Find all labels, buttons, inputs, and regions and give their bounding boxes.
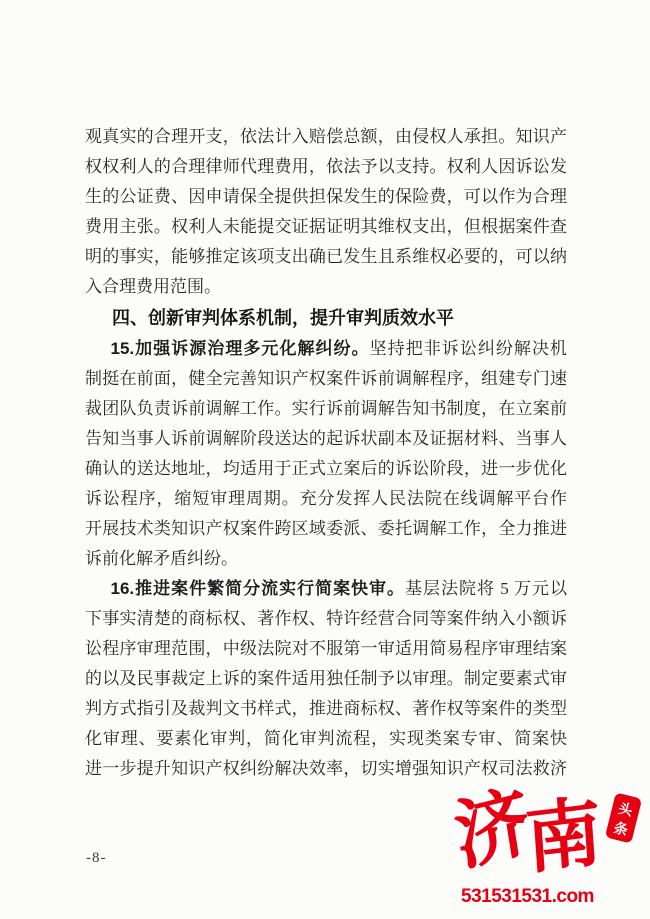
text-segment: 费用主张。权利人未能提交证据证明其维权支出，但根据案件查 — [85, 217, 567, 236]
section-heading: 四、创新审判体系机制，提升审判质效水平 — [85, 302, 567, 334]
bold-lead: 16.推进案件繁简分流实行简案快审。 — [111, 579, 406, 598]
text-segment: 告知当事人诉前调解阶段送达的起诉状副本及证据材料、当事人 — [85, 429, 567, 448]
jinan-char-nan: 南 — [523, 794, 604, 879]
document-page: 观真实的合理开支，依法计入赔偿总额，由侵权人承担。知识产权权利人的合理律师代理费… — [0, 0, 650, 919]
text-line: 确认的送达地址，均适用于正式立案后的诉讼阶段，进一步优化 — [85, 454, 567, 484]
toutiao-seal: 头 条 — [605, 792, 642, 843]
text-line: 生的公证费、因申请保全提供担保发生的保险费，可以作为合理 — [85, 182, 567, 212]
text-segment: 进一步提升知识产权纠纷解决效率，切实增强知识产权司法救济 — [85, 759, 567, 778]
text-segment: 诉前化解矛盾纠纷。 — [85, 549, 238, 568]
text-segment: 基层法院将 5 万元以 — [405, 579, 567, 598]
text-line: 明的事实，能够推定该项支出确已发生且系维权必要的，可以纳 — [85, 242, 567, 272]
text-segment: 确认的送达地址，均适用于正式立案后的诉讼阶段，进一步优化 — [85, 459, 567, 478]
text-segment: 下事实清楚的商标权、著作权、特许经营合同等案件纳入小额诉 — [85, 609, 567, 628]
text-line: 观真实的合理开支，依法计入赔偿总额，由侵权人承担。知识产 — [85, 122, 567, 152]
document-body: 观真实的合理开支，依法计入赔偿总额，由侵权人承担。知识产权权利人的合理律师代理费… — [85, 122, 567, 784]
text-line: 15.加强诉源治理多元化解纠纷。坚持把非诉讼纠纷解决机 — [85, 334, 567, 364]
jinan-char-ji: 济 — [450, 783, 536, 877]
text-segment: 化审理、要素化审判，简化审判流程，实现类案专审、简案快办， — [85, 729, 567, 754]
text-segment: 生的公证费、因申请保全提供担保发生的保险费，可以作为合理 — [85, 187, 567, 206]
text-line: 裁团队负责诉前调解工作。实行诉前调解告知书制度，在立案前 — [85, 394, 567, 424]
seal-char-tou: 头 — [610, 796, 641, 822]
text-line: 的以及民事裁定上诉的案件适用独任制予以审理。制定要素式审 — [85, 664, 567, 694]
text-line: 下事实清楚的商标权、著作权、特许经营合同等案件纳入小额诉 — [85, 604, 567, 634]
text-line: 费用主张。权利人未能提交证据证明其维权支出，但根据案件查 — [85, 212, 567, 242]
text-segment: 开展技术类知识产权案件跨区域委派、委托调解工作，全力推进 — [85, 519, 567, 538]
text-segment: 入合理费用范围。 — [85, 277, 221, 296]
text-line: 讼程序审理范围，中级法院对不服第一审适用简易程序审理结案 — [85, 634, 567, 664]
text-segment: 的以及民事裁定上诉的案件适用独任制予以审理。制定要素式审 — [85, 669, 567, 688]
text-segment: 讼程序审理范围，中级法院对不服第一审适用简易程序审理结案 — [85, 639, 567, 658]
text-line: 告知当事人诉前调解阶段送达的起诉状副本及证据材料、当事人 — [85, 424, 567, 454]
text-line: 诉前化解矛盾纠纷。 — [85, 544, 567, 574]
text-line: 权权利人的合理律师代理费用，依法予以支持。权利人因诉讼发 — [85, 152, 567, 182]
text-segment: 观真实的合理开支，依法计入赔偿总额，由侵权人承担。知识产 — [85, 127, 567, 146]
text-segment: 坚持把非诉讼纠纷解决机 — [370, 339, 567, 358]
text-segment: 判方式指引及裁判文书样式，推进商标权、著作权等案件的类型 — [85, 699, 567, 718]
text-segment: 诉讼程序，缩短审理周期。充分发挥人民法院在线调解平台作用， — [85, 489, 567, 514]
seal-char-tiao: 条 — [605, 816, 636, 842]
text-line: 进一步提升知识产权纠纷解决效率，切实增强知识产权司法救济 — [85, 754, 567, 784]
text-line: 判方式指引及裁判文书样式，推进商标权、著作权等案件的类型 — [85, 694, 567, 724]
text-segment: 权权利人的合理律师代理费用，依法予以支持。权利人因诉讼发 — [85, 157, 567, 176]
text-line: 开展技术类知识产权案件跨区域委派、委托调解工作，全力推进 — [85, 514, 567, 544]
text-segment: 裁团队负责诉前调解工作。实行诉前调解告知书制度，在立案前 — [85, 399, 567, 418]
text-line: 化审理、要素化审判，简化审判流程，实现类案专审、简案快办， — [85, 724, 567, 754]
jinan-calligraphy: 济南 — [452, 781, 631, 905]
text-segment: 制挺在前面，健全完善知识产权案件诉前调解程序，组建专门速 — [85, 369, 567, 388]
bold-lead: 15.加强诉源治理多元化解纠纷。 — [111, 339, 370, 358]
watermark-url: 531531531.com — [461, 886, 594, 908]
text-line: 制挺在前面，健全完善知识产权案件诉前调解程序，组建专门速 — [85, 364, 567, 394]
text-line: 入合理费用范围。 — [85, 272, 567, 302]
text-line: 诉讼程序，缩短审理周期。充分发挥人民法院在线调解平台作用， — [85, 484, 567, 514]
text-segment: 明的事实，能够推定该项支出确已发生且系维权必要的，可以纳 — [85, 247, 567, 266]
text-line: 16.推进案件繁简分流实行简案快审。基层法院将 5 万元以 — [85, 574, 567, 604]
page-number: -8- — [86, 850, 107, 867]
